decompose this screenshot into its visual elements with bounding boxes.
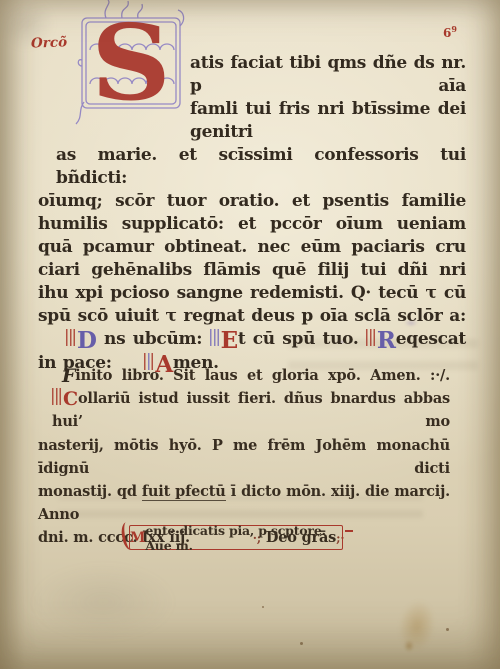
text-line-3: as marie. et scīssimi confessoris tui bñ… bbox=[38, 144, 466, 190]
stain-droplet bbox=[402, 638, 416, 654]
text-line-9: spū scō uiuit τ regnat deus p oīa sclā s… bbox=[38, 305, 466, 328]
initial-d: D bbox=[77, 327, 97, 354]
filigree-panel-icon bbox=[52, 388, 61, 405]
text-line-1: atis faciat tibi qms dñe ds nr. p aīa bbox=[38, 52, 466, 98]
colophon-line-2: Collariū istud iussit fieri. dñus bnardu… bbox=[38, 387, 450, 433]
colophon-line-3: nasterij, mōtis hyō. P me frēm Johēm mon… bbox=[38, 434, 450, 480]
text-line-6: quā pcamur obtineat. nec eūm paciaris cr… bbox=[38, 236, 466, 259]
colophon-text-1: inito libro. Sit laus et gloria xpō. Ame… bbox=[75, 367, 450, 384]
initial-c: C bbox=[63, 388, 78, 410]
stain-streaks bbox=[8, 552, 198, 652]
colophon-text-2: ollariū istud iussit fieri. dñus bnardus… bbox=[52, 390, 450, 430]
versicle-text-1: ns ubcūm: bbox=[104, 329, 202, 349]
initial-f: F bbox=[62, 365, 75, 387]
text-block: atis faciat tibi qms dñe ds nr. p aīa fa… bbox=[38, 52, 466, 376]
folio-number-sup: 9 bbox=[451, 24, 457, 34]
speck bbox=[262, 606, 264, 608]
versicle-text-3: eqescat bbox=[396, 329, 466, 349]
scribe-note-frame: Mente dicatis pia, p scptore. Aue m. bbox=[129, 525, 343, 550]
colophon-underlined: fuit pfectū bbox=[142, 483, 226, 501]
filigree-panel-icon bbox=[66, 329, 75, 346]
filigree-panel-icon bbox=[210, 329, 219, 346]
speck bbox=[446, 628, 449, 631]
versicle-line: D ns ubcūm: Et cū spū tuo. Reqescat bbox=[38, 328, 466, 352]
filigree-panel-icon bbox=[366, 329, 375, 346]
initial-r: R bbox=[377, 327, 396, 354]
text-line-8: ihu xpi pcioso sangne redemisti. Q· tecū… bbox=[38, 282, 466, 305]
speck bbox=[300, 642, 303, 645]
stain-brown bbox=[386, 586, 448, 666]
text-line-5: humilis supplicatō: et pccōr oīum ueniam bbox=[38, 213, 466, 236]
text-line-4: oīumq; scōr tuor oratio. et psentis fami… bbox=[38, 190, 466, 213]
scribe-note-initial: M bbox=[130, 530, 145, 546]
folio-number: 69 bbox=[443, 24, 457, 40]
versicle-text-2: t cū spū tuo. bbox=[238, 329, 359, 349]
text-line-7: ciari gehēnalibs flāmis quē filij tui dñ… bbox=[38, 259, 466, 282]
manuscript-page: Orcõ 69 S atis faciat tibi qms dñe ds nr… bbox=[0, 0, 500, 669]
marginal-rubric: Orcõ bbox=[31, 34, 68, 51]
text-line-2: famli tui fris nri btīssime dei genitri bbox=[38, 98, 466, 144]
colophon-line-1: Finito libro. Sit laus et gloria xpō. Am… bbox=[38, 364, 450, 387]
colophon-line-4: monastij. qd fuit pfectū ī dicto mōn. xi… bbox=[38, 480, 450, 526]
colophon-text-4a: monastij. qd bbox=[38, 483, 142, 500]
initial-e: E bbox=[221, 327, 238, 354]
scribe-note-text: ente dicatis pia, p scptore. Aue m. bbox=[145, 523, 342, 553]
